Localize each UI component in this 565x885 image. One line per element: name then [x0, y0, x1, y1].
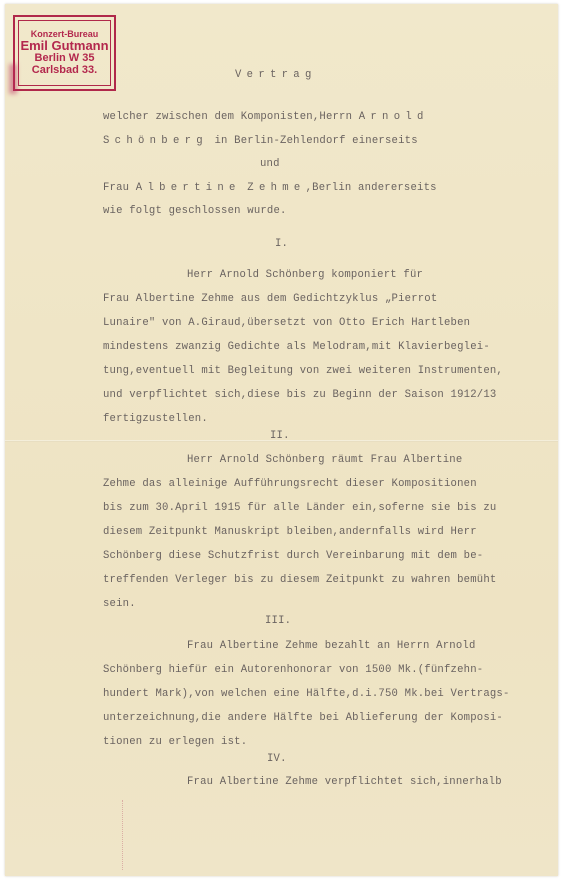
ink-smudge [9, 64, 17, 94]
section-1-line: mindestens zwanzig Gedichte als Melodram… [103, 341, 490, 353]
section-1-line: Herr Arnold Schönberg komponiert für [187, 269, 423, 281]
section-1-line: tung,eventuell mit Begleitung von zwei w… [103, 365, 503, 377]
agency-stamp: Konzert-Bureau Emil Gutmann Berlin W 35 … [13, 15, 116, 91]
section-1-line: Lunaire" von A.Giraud,übersetzt von Otto… [103, 317, 470, 329]
section-2-line: diesem Zeitpunkt Manuskript bleiben,ande… [103, 526, 477, 538]
intro-text: in Berlin-Zehlendorf einerseits [208, 135, 418, 147]
intro-line-4: Frau Albertine Zehme,Berlin andererseits [103, 182, 437, 194]
spaced-name: Zehme [247, 182, 305, 194]
section-3-line: tionen zu erlegen ist. [103, 736, 247, 748]
stamp-line-4: Carlsbad 33. [32, 65, 97, 77]
section-1-line: und verpflichtet sich,diese bis zu Begin… [103, 389, 496, 401]
stamp-line-3: Berlin W 35 [35, 53, 95, 65]
section-2-line: Schönberg diese Schutzfrist durch Verein… [103, 550, 483, 562]
faint-stamp-impression [17, 800, 123, 870]
section-heading-4: IV. [267, 753, 287, 765]
intro-text: Frau [103, 182, 136, 194]
section-1-line: fertigzustellen. [103, 413, 208, 425]
section-2-line: Zehme das alleinige Aufführungsrecht die… [103, 478, 477, 490]
spaced-name: Albertine [136, 182, 241, 194]
section-2-line: Herr Arnold Schönberg räumt Frau Alberti… [187, 454, 462, 466]
intro-text: ,Berlin andererseits [306, 182, 437, 194]
section-4-line: Frau Albertine Zehme verpflichtet sich,i… [187, 776, 502, 788]
intro-line-5: wie folgt geschlossen wurde. [103, 205, 287, 217]
spaced-name: Schönberg [103, 135, 208, 147]
section-3-line: hundert Mark),von welchen eine Hälfte,d.… [103, 688, 510, 700]
document-title: Vertrag [235, 69, 317, 81]
intro-line-3: und [260, 158, 280, 170]
spaced-name: Arnold [359, 111, 429, 123]
section-1-line: Frau Albertine Zehme aus dem Gedichtzykl… [103, 293, 437, 305]
section-3-line: Schönberg hiefür ein Autorenhonorar von … [103, 664, 483, 676]
section-2-line: bis zum 30.April 1915 für alle Länder ei… [103, 502, 496, 514]
intro-line-2: Schönberg in Berlin-Zehlendorf einerseit… [103, 135, 418, 147]
section-heading-2: II. [270, 430, 290, 442]
contract-paper: Konzert-Bureau Emil Gutmann Berlin W 35 … [5, 4, 558, 876]
section-2-line: treffenden Verleger bis zu diesem Zeitpu… [103, 574, 496, 586]
section-3-line: unterzeichnung,die andere Hälfte bei Abl… [103, 712, 503, 724]
section-heading-3: III. [265, 615, 291, 627]
section-3-line: Frau Albertine Zehme bezahlt an Herrn Ar… [187, 640, 476, 652]
section-heading-1: I. [275, 238, 288, 250]
intro-text: welcher zwischen dem Komponisten,Herrn [103, 111, 359, 123]
section-2-line: sein. [103, 598, 136, 610]
stamp-line-2: Emil Gutmann [20, 39, 108, 53]
intro-line-1: welcher zwischen dem Komponisten,Herrn A… [103, 111, 429, 123]
